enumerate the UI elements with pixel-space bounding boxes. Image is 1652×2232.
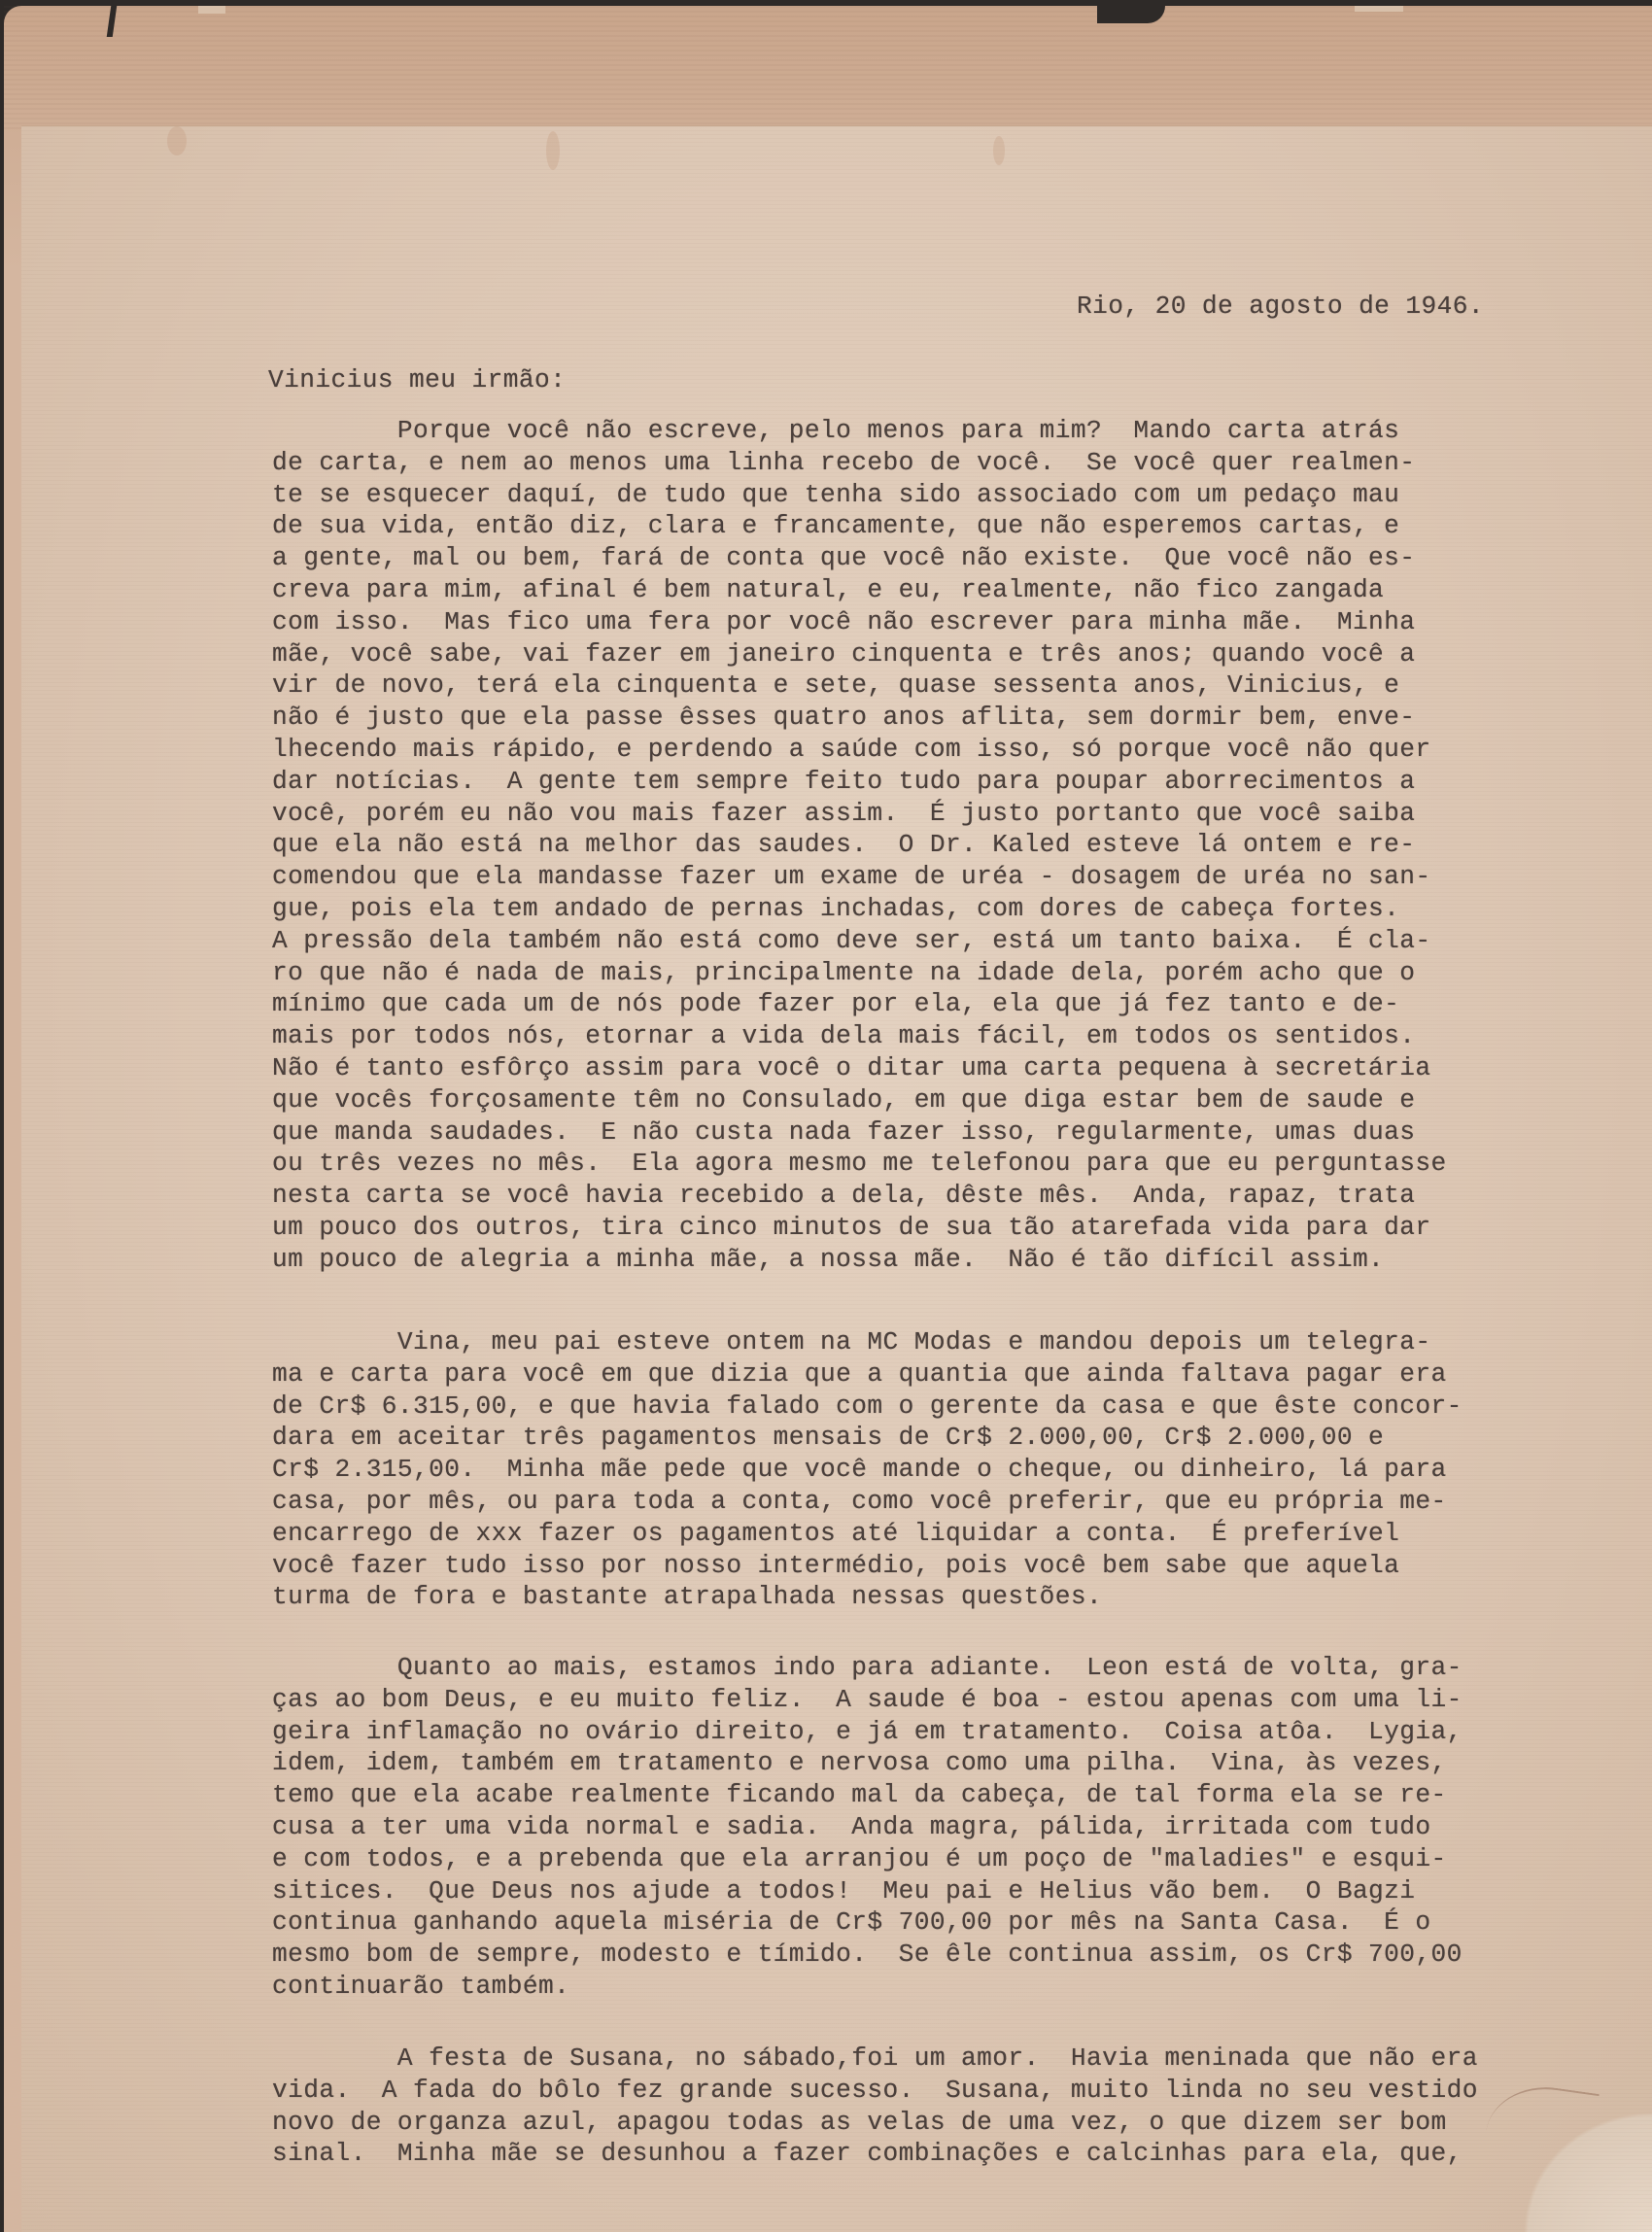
text-line: continuarão também. [272, 1974, 569, 1999]
text-line: continua ganhando aquela miséria de Cr$ … [272, 1909, 1431, 1935]
text-line: sinal. Minha mãe se desunhou a fazer com… [272, 2141, 1463, 2166]
text-line: dara em aceitar três pagamentos mensais … [272, 1425, 1384, 1450]
text-line: não é justo que ela passe êsses quatro a… [272, 704, 1415, 730]
letter-date: Rio, 20 de agosto de 1946. [1077, 293, 1484, 319]
text-line: nesta carta se você havia recebido a del… [272, 1183, 1415, 1208]
letter-page: Rio, 20 de agosto de 1946. Vinicius meu … [21, 126, 1652, 2232]
text-line: dar notícias. A gente tem sempre feito t… [272, 769, 1415, 794]
letter-salutation: Vinicius meu irmão: [268, 367, 566, 393]
text-line: que ela não está na melhor das saudes. O… [272, 832, 1415, 857]
text-line: te se esquecer daquí, de tudo que tenha … [272, 482, 1399, 507]
text-line: Vina, meu pai esteve ontem na MC Modas e… [272, 1329, 1431, 1355]
text-line: casa, por mês, ou para toda a conta, com… [272, 1489, 1447, 1514]
text-line: temo que ela acabe realmente ficando mal… [272, 1782, 1447, 1807]
text-line: você, porém eu não vou mais fazer assim.… [272, 801, 1415, 826]
text-line: a gente, mal ou bem, fará de conta que v… [272, 545, 1415, 570]
text-line: ou três vezes no mês. Ela agora mesmo me… [272, 1150, 1447, 1176]
text-line: gue, pois ela tem andado de pernas incha… [272, 896, 1399, 921]
text-line: vir de novo, terá ela cinquenta e sete, … [272, 672, 1399, 698]
text-line: ma e carta para você em que dizia que a … [272, 1361, 1447, 1387]
text-line: que manda saudades. E não custa nada faz… [272, 1119, 1415, 1145]
text-line: comendou que ela mandasse fazer um exame… [272, 864, 1431, 889]
text-line: mais por todos nós, etornar a vida dela … [272, 1023, 1415, 1048]
text-line: cusa a ter uma vida normal e sadia. Anda… [272, 1814, 1431, 1839]
text-line: A festa de Susana, no sábado,foi um amor… [272, 2045, 1478, 2071]
text-line: Não é tanto esfôrço assim para você o di… [272, 1055, 1431, 1081]
text-line: lhecendo mais rápido, e perdendo a saúde… [272, 737, 1431, 762]
text-line: turma de fora e bastante atrapalhada nes… [272, 1584, 1102, 1609]
text-line: com isso. Mas fico uma fera por você não… [272, 609, 1415, 635]
paper-stain [993, 136, 1005, 165]
paper-stain [546, 131, 560, 170]
text-line: novo de organza azul, apagou todas as ve… [272, 2110, 1447, 2135]
paper-stain [167, 126, 187, 155]
text-line: ro que não é nada de mais, principalment… [272, 960, 1415, 985]
scanned-document: Rio, 20 de agosto de 1946. Vinicius meu … [0, 0, 1652, 2232]
text-line: e com todos, e a prebenda que ela arranj… [272, 1846, 1447, 1871]
text-line: ças ao bom Deus, e eu muito feliz. A sau… [272, 1687, 1463, 1712]
folded-corner-edge [1481, 2079, 1599, 2180]
text-line: mínimo que cada um de nós pode fazer por… [272, 991, 1399, 1016]
text-line: A pressão dela também não está como deve… [272, 928, 1431, 953]
text-line: de carta, e nem ao menos uma linha receb… [272, 450, 1415, 475]
paper-tear [1097, 6, 1165, 23]
text-line: idem, idem, também em tratamento e nervo… [272, 1750, 1447, 1775]
paper-tear [107, 6, 117, 37]
text-line: vida. A fada do bôlo fez grande sucesso.… [272, 2077, 1478, 2103]
paper-tab [198, 6, 225, 14]
text-line: encarrego de xxx fazer os pagamentos até… [272, 1521, 1399, 1546]
text-line: de sua vida, então diz, clara e francame… [272, 513, 1399, 538]
text-line: Quanto ao mais, estamos indo para adiant… [272, 1655, 1463, 1680]
text-line: creva para mim, afinal é bem natural, e … [272, 577, 1384, 602]
text-line: de Cr$ 6.315,00, e que havia falado com … [272, 1393, 1463, 1419]
text-line: você fazer tudo isso por nosso intermédi… [272, 1553, 1399, 1578]
text-line: geira inflamação no ovário direito, e já… [272, 1719, 1463, 1744]
text-line: Porque você não escreve, pelo menos para… [272, 418, 1399, 443]
text-line: mesmo bom de sempre, modesto e tímido. S… [272, 1941, 1463, 1967]
text-line: que vocês forçosamente têm no Consulado,… [272, 1087, 1415, 1113]
text-line: mãe, você sabe, vai fazer em janeiro cin… [272, 641, 1415, 667]
paper-tab [1355, 6, 1403, 12]
text-line: sitices. Que Deus nos ajude a todos! Meu… [272, 1878, 1415, 1904]
text-line: um pouco dos outros, tira cinco minutos … [272, 1215, 1431, 1240]
text-line: um pouco de alegria a minha mãe, a nossa… [272, 1247, 1384, 1272]
text-line: Cr$ 2.315,00. Minha mãe pede que você ma… [272, 1457, 1447, 1482]
